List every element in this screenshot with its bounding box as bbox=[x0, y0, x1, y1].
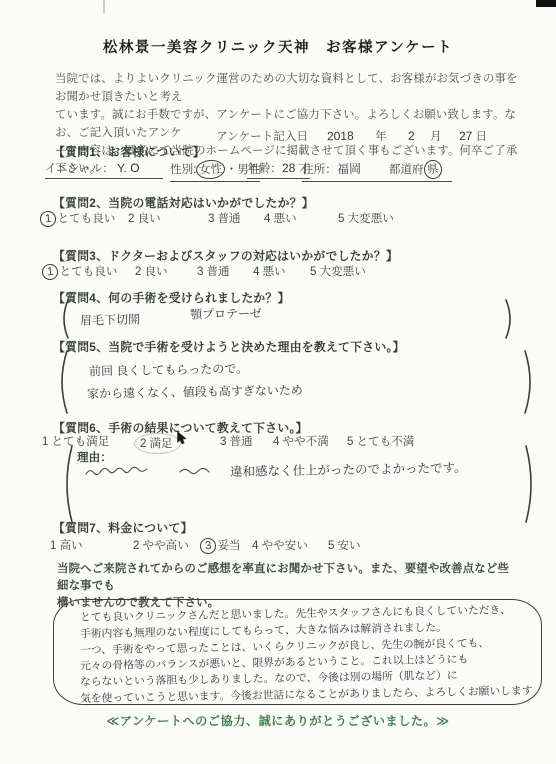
q2-selected-circle: 1 bbox=[39, 210, 57, 228]
left-paren bbox=[55, 349, 69, 415]
illegible-scribble bbox=[84, 464, 224, 480]
q4-answer-box: 眉毛下切開 顎プロテーゼ bbox=[58, 298, 516, 340]
q2-heading: 【質問2、当院の電話対応はいかがでしたか？】 bbox=[53, 194, 314, 211]
option-label: 普通 bbox=[217, 212, 240, 225]
option-label: 良い bbox=[144, 265, 167, 278]
q3-option-3: 3普通 bbox=[197, 263, 230, 279]
feedback-prompt-line: 当院へご来院されてからのご感想を率直にお聞かせ下さい。また、要望や改善点など些細… bbox=[57, 561, 517, 595]
q3-option-5: 5大変悪い bbox=[310, 263, 366, 279]
q7-options: 1高い 2やや高い 3妥当 4やや安い 5安い bbox=[50, 537, 550, 555]
option-num: 4 bbox=[252, 539, 258, 552]
option-label: 大変悪い bbox=[347, 212, 393, 225]
date-year-value: 2018 bbox=[327, 129, 354, 143]
option-num: 4 bbox=[264, 212, 270, 225]
option-label: 妥当 bbox=[217, 539, 240, 552]
q3-options: 1とても良い 2良い 3普通 4悪い 5大変悪い bbox=[42, 263, 542, 281]
q1-initial-field: イニシャル： Y. O bbox=[45, 160, 163, 179]
date-month-unit: 月 bbox=[430, 130, 442, 143]
option-num: 5 bbox=[338, 212, 344, 225]
q3-option-2: 2良い bbox=[135, 263, 168, 279]
q7-option-4: 4やや安い bbox=[252, 537, 308, 553]
option-num: 2 bbox=[133, 539, 139, 552]
reason-label: 理由： bbox=[77, 449, 112, 465]
q2-option-5: 5大変悪い bbox=[338, 210, 394, 226]
initial-value: Y. O bbox=[117, 161, 140, 175]
option-num: 5 bbox=[310, 265, 316, 278]
q6-reason-text: 違和感なく仕上がったのでよかったです。 bbox=[230, 458, 467, 480]
page-title: 松林景一美容クリニック天神 お客様アンケート bbox=[0, 36, 556, 57]
option-num: 3 bbox=[208, 212, 214, 225]
q2-option-4: 4悪い bbox=[264, 210, 297, 226]
survey-document: 松林景一美容クリニック天神 お客様アンケート 当院では、よりよいクリニック運営の… bbox=[0, 0, 556, 764]
option-label: 悪い bbox=[262, 265, 285, 278]
q2-option-3: 3普通 bbox=[208, 210, 241, 226]
option-label: 高い bbox=[59, 539, 82, 552]
q4-answer-surgery-1: 眉毛下切開 bbox=[80, 310, 140, 328]
q5-reason-line-2: 家から遠くなく、値段も高すぎないため bbox=[87, 381, 303, 402]
q7-selected-circle: 3 bbox=[199, 537, 217, 555]
option-num: 5 bbox=[328, 539, 334, 552]
gender-label: 性別: bbox=[170, 163, 196, 176]
gender-selected-circle: 女性 bbox=[196, 159, 226, 180]
q1-age-field: 年齢：28 才 bbox=[247, 160, 310, 179]
date-day-value: 27 bbox=[459, 129, 473, 143]
option-num: 2 bbox=[135, 265, 141, 278]
address-label: 住所： bbox=[302, 163, 337, 176]
left-paren bbox=[58, 298, 70, 340]
option-label: 大変悪い bbox=[319, 265, 365, 278]
mouse-cursor-icon bbox=[176, 431, 188, 445]
option-label: 普通 bbox=[206, 265, 229, 278]
option-label: とても良い bbox=[57, 212, 115, 225]
q6-reason-box: 理由： 違和感なく仕上がったのでよかったです。 bbox=[60, 444, 538, 524]
footer-thanks: ≪アンケートへのご協力、誠にありがとうございました。≫ bbox=[0, 712, 556, 729]
date-day-unit: 日 bbox=[475, 130, 487, 143]
date-month-value: 2 bbox=[408, 129, 415, 143]
q3-option-4: 4悪い bbox=[253, 263, 286, 279]
q1-answer-row: イニシャル： Y. O 性別:女性・男性 年齢：28 才 住所：福岡都道府県 bbox=[0, 160, 556, 180]
survey-date-line: アンケート記入日 2018 年 2 月 27 日 bbox=[216, 128, 487, 144]
option-label: やや安い bbox=[261, 539, 307, 552]
intro-line: 当院では、よりよいクリニック運営のための大切な資料として、お客様がお気づきの事を… bbox=[55, 70, 520, 106]
q1-heading: 【質問1、お客様について】 bbox=[53, 143, 205, 160]
gender-separator: ・ bbox=[226, 163, 238, 176]
left-paren bbox=[60, 444, 74, 524]
feedback-comment-box: とても良いクリニックさんだと思いました。先生やスタッフさんにも良くしていただき、… bbox=[53, 599, 542, 705]
q7-heading: 【質問7、料金について】 bbox=[53, 519, 193, 536]
option-label: 良い bbox=[137, 212, 160, 225]
age-value: 28 bbox=[282, 161, 296, 175]
option-num: 1 bbox=[50, 539, 56, 552]
q1-address-field: 住所：福岡都道府県 bbox=[302, 160, 452, 182]
right-paren bbox=[504, 298, 516, 340]
option-label: やや高い bbox=[142, 539, 188, 552]
q7-option-1: 1高い bbox=[50, 537, 83, 553]
q5-reason-line-1: 前回 良くしてもらったので。 bbox=[89, 360, 248, 380]
q2-options: 1とても良い 2良い 3普通 4悪い 5大変悪い bbox=[40, 210, 540, 228]
q2-option-2: 2良い bbox=[128, 210, 161, 226]
q5-answer-box: 前回 良くしてもらったので。 家から遠くなく、値段も高すぎないため bbox=[55, 349, 537, 415]
option-label: 悪い bbox=[273, 212, 296, 225]
address-circled-ken: 県 bbox=[423, 159, 442, 179]
q3-selected-circle: 1 bbox=[41, 263, 59, 281]
initial-label: イニシャル： bbox=[45, 162, 114, 175]
q3-heading: 【質問3、ドクターおよびスタッフの対応はいかがでしたか？】 bbox=[53, 247, 398, 264]
date-year-unit: 年 bbox=[375, 130, 387, 143]
option-num: 1 bbox=[42, 435, 48, 448]
scan-artifact-corner bbox=[536, 0, 556, 7]
option-label: とても良い bbox=[59, 265, 117, 278]
option-num: 3 bbox=[197, 265, 203, 278]
scan-artifact-line bbox=[103, 0, 105, 13]
q2-option-1: 1とても良い bbox=[40, 210, 115, 227]
address-tail: 都道府 bbox=[389, 163, 424, 176]
date-label: アンケート記入日 bbox=[216, 130, 308, 143]
address-value: 福岡 bbox=[337, 160, 361, 177]
option-num: 4 bbox=[253, 265, 259, 278]
q4-answer-surgery-2: 顎プロテーゼ bbox=[190, 304, 262, 322]
q7-option-5: 5安い bbox=[328, 537, 361, 553]
right-paren bbox=[523, 349, 537, 415]
option-label: 安い bbox=[337, 539, 360, 552]
right-paren bbox=[524, 444, 538, 524]
q7-option-2: 2やや高い bbox=[133, 537, 189, 553]
age-label: 年齢： bbox=[247, 162, 282, 175]
q7-option-3: 3妥当 bbox=[200, 537, 241, 554]
q3-option-1: 1とても良い bbox=[42, 263, 117, 280]
option-num: 2 bbox=[128, 212, 134, 225]
